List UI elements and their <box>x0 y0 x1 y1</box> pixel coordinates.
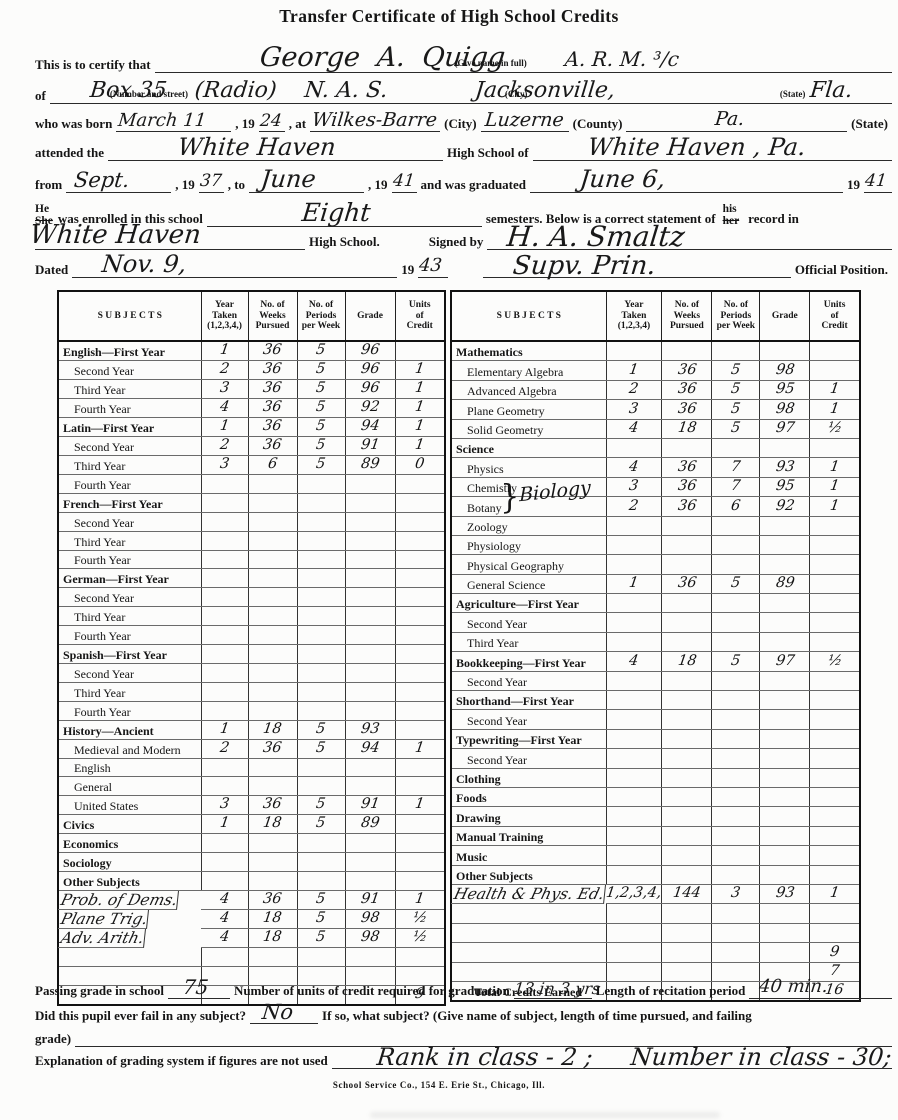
value-cell: 36 <box>248 380 297 399</box>
value-cell: 1 <box>201 720 248 739</box>
value-cell <box>760 671 810 690</box>
value-handwriting: 93 <box>775 460 795 475</box>
value-cell <box>662 341 712 361</box>
value-handwriting: 3 <box>628 479 639 494</box>
value-cell <box>395 815 445 834</box>
value-cell: 5 <box>297 929 345 948</box>
table-row: Science <box>451 438 860 457</box>
subject-cell: Advanced Algebra <box>451 380 606 399</box>
table-row: Elementary Algebra136598 <box>451 361 860 380</box>
value-cell: 2 <box>606 380 662 399</box>
from-blank: Sept. <box>66 176 171 193</box>
value-cell <box>395 588 445 607</box>
value-cell <box>395 948 445 967</box>
printed-19c: , 19 <box>364 177 392 193</box>
value-cell: ½ <box>395 910 445 929</box>
value-cell <box>248 550 297 569</box>
value-cell <box>248 645 297 664</box>
value-cell <box>662 555 712 574</box>
value-handwriting: 18 <box>262 930 282 945</box>
value-cell <box>395 341 445 361</box>
column-header: Grade <box>345 291 395 341</box>
table-row: Third Year3365961 <box>58 380 445 399</box>
passing-grade-blank: 75 <box>168 982 230 999</box>
column-header: S U B J E C T S <box>451 291 606 341</box>
birth-line: who was born March 11 , 19 24 , at Wilke… <box>35 115 892 132</box>
school1-handwriting: White Haven <box>177 135 337 159</box>
value-cell <box>345 872 395 891</box>
birthdate-handwriting: March 11 <box>117 112 207 130</box>
value-cell: 95 <box>760 380 810 399</box>
fail-question-line: Did this pupil ever fail in any subject?… <box>35 1007 892 1024</box>
passing-grade-label: Passing grade in school <box>35 983 168 999</box>
subject-cell <box>451 923 606 942</box>
value-cell <box>606 768 662 787</box>
value-handwriting: 1 <box>219 816 230 831</box>
table-row: Civics118589 <box>58 815 445 834</box>
table-row: Bookkeeping—First Year418597½ <box>451 652 860 671</box>
value-cell: 95 <box>760 477 810 496</box>
table-row: Sociology <box>58 853 445 872</box>
value-cell <box>201 531 248 550</box>
value-cell <box>760 729 810 748</box>
value-cell: 96 <box>345 361 395 380</box>
value-cell <box>760 341 810 361</box>
subject-cell: General <box>58 777 201 796</box>
value-cell <box>606 438 662 457</box>
value-cell: 89 <box>345 815 395 834</box>
value-cell <box>395 682 445 701</box>
address-label: of <box>35 88 50 104</box>
signed-by-label: Signed by <box>384 234 488 250</box>
subject-cell: Second Year <box>451 710 606 729</box>
table-row: Fourth Year4365921 <box>58 399 445 418</box>
value-handwriting: 1 <box>414 381 425 396</box>
value-cell <box>662 865 712 884</box>
value-cell: 36 <box>662 477 712 496</box>
value-handwriting: 1 <box>219 343 230 358</box>
value-cell <box>810 632 860 651</box>
value-handwriting: 3 <box>219 797 230 812</box>
birthstate-blank: Pa. <box>626 115 847 132</box>
value-handwriting: 36 <box>262 362 282 377</box>
value-handwriting: 0 <box>414 457 425 472</box>
value-cell: 36 <box>662 380 712 399</box>
value-cell <box>395 663 445 682</box>
subject-cell: Fourth Year <box>58 475 201 494</box>
value-handwriting: 1 <box>414 797 425 812</box>
recitation-label: Length of recitation period <box>592 983 750 999</box>
subject-cell: United States <box>58 796 201 815</box>
value-handwriting: 97 <box>775 654 795 669</box>
value-cell <box>297 663 345 682</box>
subject-cell: Bookkeeping—First Year <box>451 652 606 671</box>
subject-cell: Second Year <box>58 588 201 607</box>
value-cell <box>662 943 712 962</box>
birthdate-blank: March 11 <box>116 115 231 132</box>
subject-cell: Medieval and Modern <box>58 739 201 758</box>
value-cell: 5 <box>712 400 760 419</box>
value-handwriting: 144 <box>672 886 702 901</box>
value-cell: 1 <box>201 341 248 361</box>
gradyear-blank: 41 <box>864 176 892 193</box>
value-cell: 1 <box>395 739 445 758</box>
units-required-blank: 13 in 3 yrs <box>514 982 592 999</box>
table-row: Second Year <box>58 588 445 607</box>
value-handwriting: 1 <box>219 722 230 737</box>
value-cell: 5 <box>297 361 345 380</box>
value-cell <box>248 493 297 512</box>
value-cell <box>395 475 445 494</box>
value-cell: 1 <box>606 361 662 380</box>
value-cell: 7 <box>712 477 760 496</box>
birthcity-handwriting: Wilkes-Barre <box>311 111 438 130</box>
value-handwriting: 5 <box>730 382 741 397</box>
subject-cell: Fourth Year <box>58 701 201 720</box>
value-handwriting: 36 <box>262 741 282 756</box>
table-row: Manual Training <box>451 826 860 845</box>
page-title: Transfer Certificate of High School Cred… <box>0 6 898 27</box>
right-credits-table: S U B J E C T SYear Taken (1,2,3,4)No. o… <box>450 290 861 1002</box>
state-inline-caption: (State) <box>847 116 892 132</box>
value-cell <box>760 555 810 574</box>
state-handwriting: Fla. <box>809 80 854 102</box>
value-cell: 1 <box>810 497 860 516</box>
value-cell <box>395 834 445 853</box>
value-handwriting: 5 <box>315 438 326 453</box>
value-handwriting: 5 <box>315 816 326 831</box>
table-row: Second Year <box>58 663 445 682</box>
value-handwriting: 91 <box>360 892 380 907</box>
value-handwriting: 97 <box>775 421 795 436</box>
value-cell <box>201 512 248 531</box>
value-cell <box>345 512 395 531</box>
value-cell <box>760 904 810 923</box>
dated-handwriting: Nov. 9, <box>101 252 188 276</box>
value-cell: 36 <box>662 497 712 516</box>
value-cell <box>345 682 395 701</box>
value-cell <box>248 777 297 796</box>
table-row: Second Year <box>451 749 860 768</box>
signature-blank: H. A. Smaltz <box>487 233 892 250</box>
value-cell <box>810 613 860 632</box>
value-handwriting: 36 <box>262 438 282 453</box>
subject-cell: Second Year <box>58 361 201 380</box>
subject-cell: Physiology <box>451 535 606 554</box>
from-label: from <box>35 177 66 193</box>
city-handwriting: Jacksonville, <box>474 80 616 102</box>
value-handwriting: 3 <box>628 402 639 417</box>
subject-cell: Second Year <box>451 749 606 768</box>
value-handwriting: 5 <box>315 911 326 926</box>
value-handwriting: 5 <box>315 400 326 415</box>
column-header: No. of Periods per Week <box>712 291 760 341</box>
value-handwriting: 2 <box>628 499 639 514</box>
table-row: History—Ancient118593 <box>58 720 445 739</box>
state-caption: (State) <box>780 89 806 99</box>
value-cell <box>201 834 248 853</box>
table-row: Prob. of Dems.4365911 <box>58 891 445 910</box>
value-cell <box>712 671 760 690</box>
subject-cell: Elementary Algebra <box>451 361 606 380</box>
value-cell <box>662 807 712 826</box>
value-cell: 1,2,3,4, <box>606 884 662 903</box>
value-handwriting: 93 <box>775 886 795 901</box>
value-cell <box>712 613 760 632</box>
table-row: French—First Year <box>58 493 445 512</box>
value-handwriting: 98 <box>775 402 795 417</box>
printed-19b: , 19 <box>171 177 199 193</box>
subject-cell: Spanish—First Year <box>58 645 201 664</box>
value-cell <box>760 807 810 826</box>
value-cell: 89 <box>760 574 810 593</box>
value-cell: 4 <box>606 458 662 477</box>
value-cell <box>345 645 395 664</box>
value-handwriting: 36 <box>262 400 282 415</box>
subject-cell: Prob. of Dems. <box>58 891 179 910</box>
value-cell <box>395 493 445 512</box>
value-handwriting: 98 <box>360 911 380 926</box>
table-row: Clothing <box>451 768 860 787</box>
printed-at: , at <box>285 116 310 132</box>
column-header: No. of Periods per Week <box>297 291 345 341</box>
table-row: Adv. Arith.418598½ <box>58 929 445 948</box>
value-cell <box>810 904 860 923</box>
school1-blank: White Haven <box>108 144 443 161</box>
value-cell: 5 <box>297 456 345 475</box>
subject-cell: General Science <box>451 574 606 593</box>
value-handwriting: 5 <box>315 797 326 812</box>
value-handwriting: 7 <box>730 479 741 494</box>
value-cell <box>760 749 810 768</box>
subject-handwriting: Prob. of Dems. <box>57 893 179 909</box>
value-cell: 5 <box>297 739 345 758</box>
table-row: Plane Trig.418598½ <box>58 910 445 929</box>
table-row: English <box>58 758 445 777</box>
value-cell <box>606 807 662 826</box>
column-header: No. of Weeks Pursued <box>662 291 712 341</box>
table-row: General <box>58 777 445 796</box>
table-row: Third Year <box>58 682 445 701</box>
value-cell <box>297 777 345 796</box>
value-handwriting: ½ <box>827 654 843 669</box>
value-handwriting: 2 <box>219 438 230 453</box>
his-her-stack: his her <box>723 203 740 227</box>
value-cell <box>712 846 760 865</box>
value-cell <box>760 516 810 535</box>
table-row: Second Year <box>451 613 860 632</box>
value-cell <box>201 758 248 777</box>
value-cell <box>712 691 760 710</box>
value-cell <box>201 948 248 967</box>
grade-continuation-label: grade) <box>35 1031 75 1047</box>
value-handwriting: 91 <box>360 797 380 812</box>
value-cell <box>606 594 662 613</box>
value-cell: 36 <box>662 400 712 419</box>
value-handwriting: 4 <box>219 930 230 945</box>
value-cell <box>248 512 297 531</box>
table-row: German—First Year <box>58 569 445 588</box>
subject-cell: Zoology <box>451 516 606 535</box>
value-cell: 91 <box>345 437 395 456</box>
value-cell: 97 <box>760 419 810 438</box>
subject-cell: Manual Training <box>451 826 606 845</box>
passing-grade-handwriting: 75 <box>182 977 210 997</box>
value-cell <box>395 758 445 777</box>
value-cell: 9 <box>810 943 860 962</box>
grading-system-handwriting: Rank in class - 2 ; Number in class - 30… <box>376 1045 893 1069</box>
her-word-struck: her <box>723 215 740 227</box>
value-cell <box>297 588 345 607</box>
value-cell <box>395 853 445 872</box>
table-row: Mathematics <box>451 341 860 361</box>
subject-cell: Third Year <box>58 456 201 475</box>
value-cell <box>248 853 297 872</box>
value-handwriting: 4 <box>219 892 230 907</box>
value-cell <box>810 710 860 729</box>
value-cell: 5 <box>297 891 345 910</box>
value-handwriting: 1 <box>829 382 840 397</box>
table-row: Third Year <box>58 531 445 550</box>
value-cell: ½ <box>810 419 860 438</box>
value-handwriting: ½ <box>412 911 428 926</box>
value-cell <box>248 872 297 891</box>
birthyear-blank: 24 <box>259 115 285 132</box>
subject-cell: Agriculture—First Year <box>451 594 606 613</box>
value-cell <box>201 663 248 682</box>
value-cell: ½ <box>395 929 445 948</box>
value-handwriting: 1 <box>414 362 425 377</box>
value-cell: 2 <box>201 437 248 456</box>
left-credits-table-wrap: S U B J E C T SYear Taken (1,2,3,4,)No. … <box>57 290 446 1006</box>
value-handwriting: 89 <box>775 576 795 591</box>
value-cell <box>345 626 395 645</box>
value-handwriting: 96 <box>360 381 380 396</box>
position-handwriting: Supv. Prin. <box>512 253 657 279</box>
value-cell: 2 <box>201 739 248 758</box>
value-handwriting: 2 <box>219 741 230 756</box>
table-row: Fourth Year <box>58 475 445 494</box>
value-cell: 94 <box>345 418 395 437</box>
school2-blank: White Haven , Pa. <box>533 144 892 161</box>
subject-cell <box>451 943 606 962</box>
value-cell <box>810 535 860 554</box>
printed-19d: 19 <box>843 177 864 193</box>
subject-handwriting: Adv. Arith. <box>57 931 145 947</box>
value-cell <box>760 943 810 962</box>
name-caption: (Give name in full) <box>455 58 527 68</box>
value-handwriting: 18 <box>262 816 282 831</box>
dated-blank: Nov. 9, <box>72 261 397 278</box>
value-cell: 4 <box>606 419 662 438</box>
table-row: Second Year <box>58 512 445 531</box>
value-cell <box>201 872 248 891</box>
subject-cell: Shorthand—First Year <box>451 691 606 710</box>
value-cell <box>810 555 860 574</box>
table-row: General Science136589 <box>451 574 860 593</box>
value-cell <box>201 853 248 872</box>
street-caption: (Number and street) <box>110 89 188 99</box>
value-cell: 36 <box>248 796 297 815</box>
value-cell <box>712 787 760 806</box>
his-word: his <box>723 203 740 215</box>
subject-cell: Mathematics <box>451 341 606 361</box>
value-handwriting: 9 <box>829 945 840 960</box>
table-row: Fourth Year <box>58 550 445 569</box>
value-cell: 5 <box>297 910 345 929</box>
value-cell: 36 <box>662 458 712 477</box>
subject-cell: Second Year <box>58 512 201 531</box>
value-cell <box>760 846 810 865</box>
table-row: Advanced Algebra2365951 <box>451 380 860 399</box>
subject-cell: Fourth Year <box>58 399 201 418</box>
table-row: Solid Geometry418597½ <box>451 419 860 438</box>
value-cell <box>662 904 712 923</box>
table-row: Typewriting—First Year <box>451 729 860 748</box>
value-cell <box>810 516 860 535</box>
units-required-handwriting: 13 in 3 yrs <box>513 981 601 997</box>
value-handwriting: 92 <box>775 499 795 514</box>
value-handwriting: 1 <box>414 438 425 453</box>
value-cell: 5 <box>712 361 760 380</box>
value-cell <box>395 777 445 796</box>
value-cell <box>395 872 445 891</box>
value-cell <box>248 626 297 645</box>
value-handwriting: 1 <box>414 400 425 415</box>
table-row: Agriculture—First Year <box>451 594 860 613</box>
value-cell <box>810 438 860 457</box>
highschool-of-label: High School of <box>443 145 533 161</box>
value-cell: 1 <box>395 796 445 815</box>
value-cell <box>297 475 345 494</box>
value-cell <box>712 923 760 942</box>
subject-cell: Health & Phys. Ed. <box>451 885 606 904</box>
value-handwriting: 4 <box>219 400 230 415</box>
value-handwriting: 36 <box>677 479 697 494</box>
position-blank: Supv. Prin. <box>483 261 791 278</box>
value-cell <box>712 962 760 981</box>
value-cell <box>606 943 662 962</box>
value-cell <box>297 569 345 588</box>
value-cell <box>248 531 297 550</box>
value-cell <box>712 710 760 729</box>
subject-cell: Economics <box>58 834 201 853</box>
table-row: Health & Phys. Ed.1,2,3,4,1443931 <box>451 884 860 903</box>
table-row: Other Subjects <box>451 865 860 884</box>
value-cell: 0 <box>395 456 445 475</box>
table-row: Second Year <box>451 671 860 690</box>
value-handwriting: 92 <box>360 400 380 415</box>
table-row: Third Year <box>58 607 445 626</box>
value-cell <box>201 701 248 720</box>
value-cell <box>662 787 712 806</box>
city-caption: (City) <box>505 89 528 99</box>
subject-cell: German—First Year <box>58 569 201 588</box>
table-row: Fourth Year <box>58 701 445 720</box>
toyear-blank: 41 <box>392 176 417 193</box>
value-handwriting: 3 <box>730 886 741 901</box>
value-cell <box>760 787 810 806</box>
table-row: Drawing <box>451 807 860 826</box>
value-cell <box>345 550 395 569</box>
value-handwriting: 36 <box>262 381 282 396</box>
subject-cell: Second Year <box>451 613 606 632</box>
grading-system-label: Explanation of grading system if figures… <box>35 1053 332 1069</box>
value-handwriting: 5 <box>315 741 326 756</box>
subject-cell: Third Year <box>58 682 201 701</box>
value-cell <box>712 826 760 845</box>
table-row: Music <box>451 846 860 865</box>
